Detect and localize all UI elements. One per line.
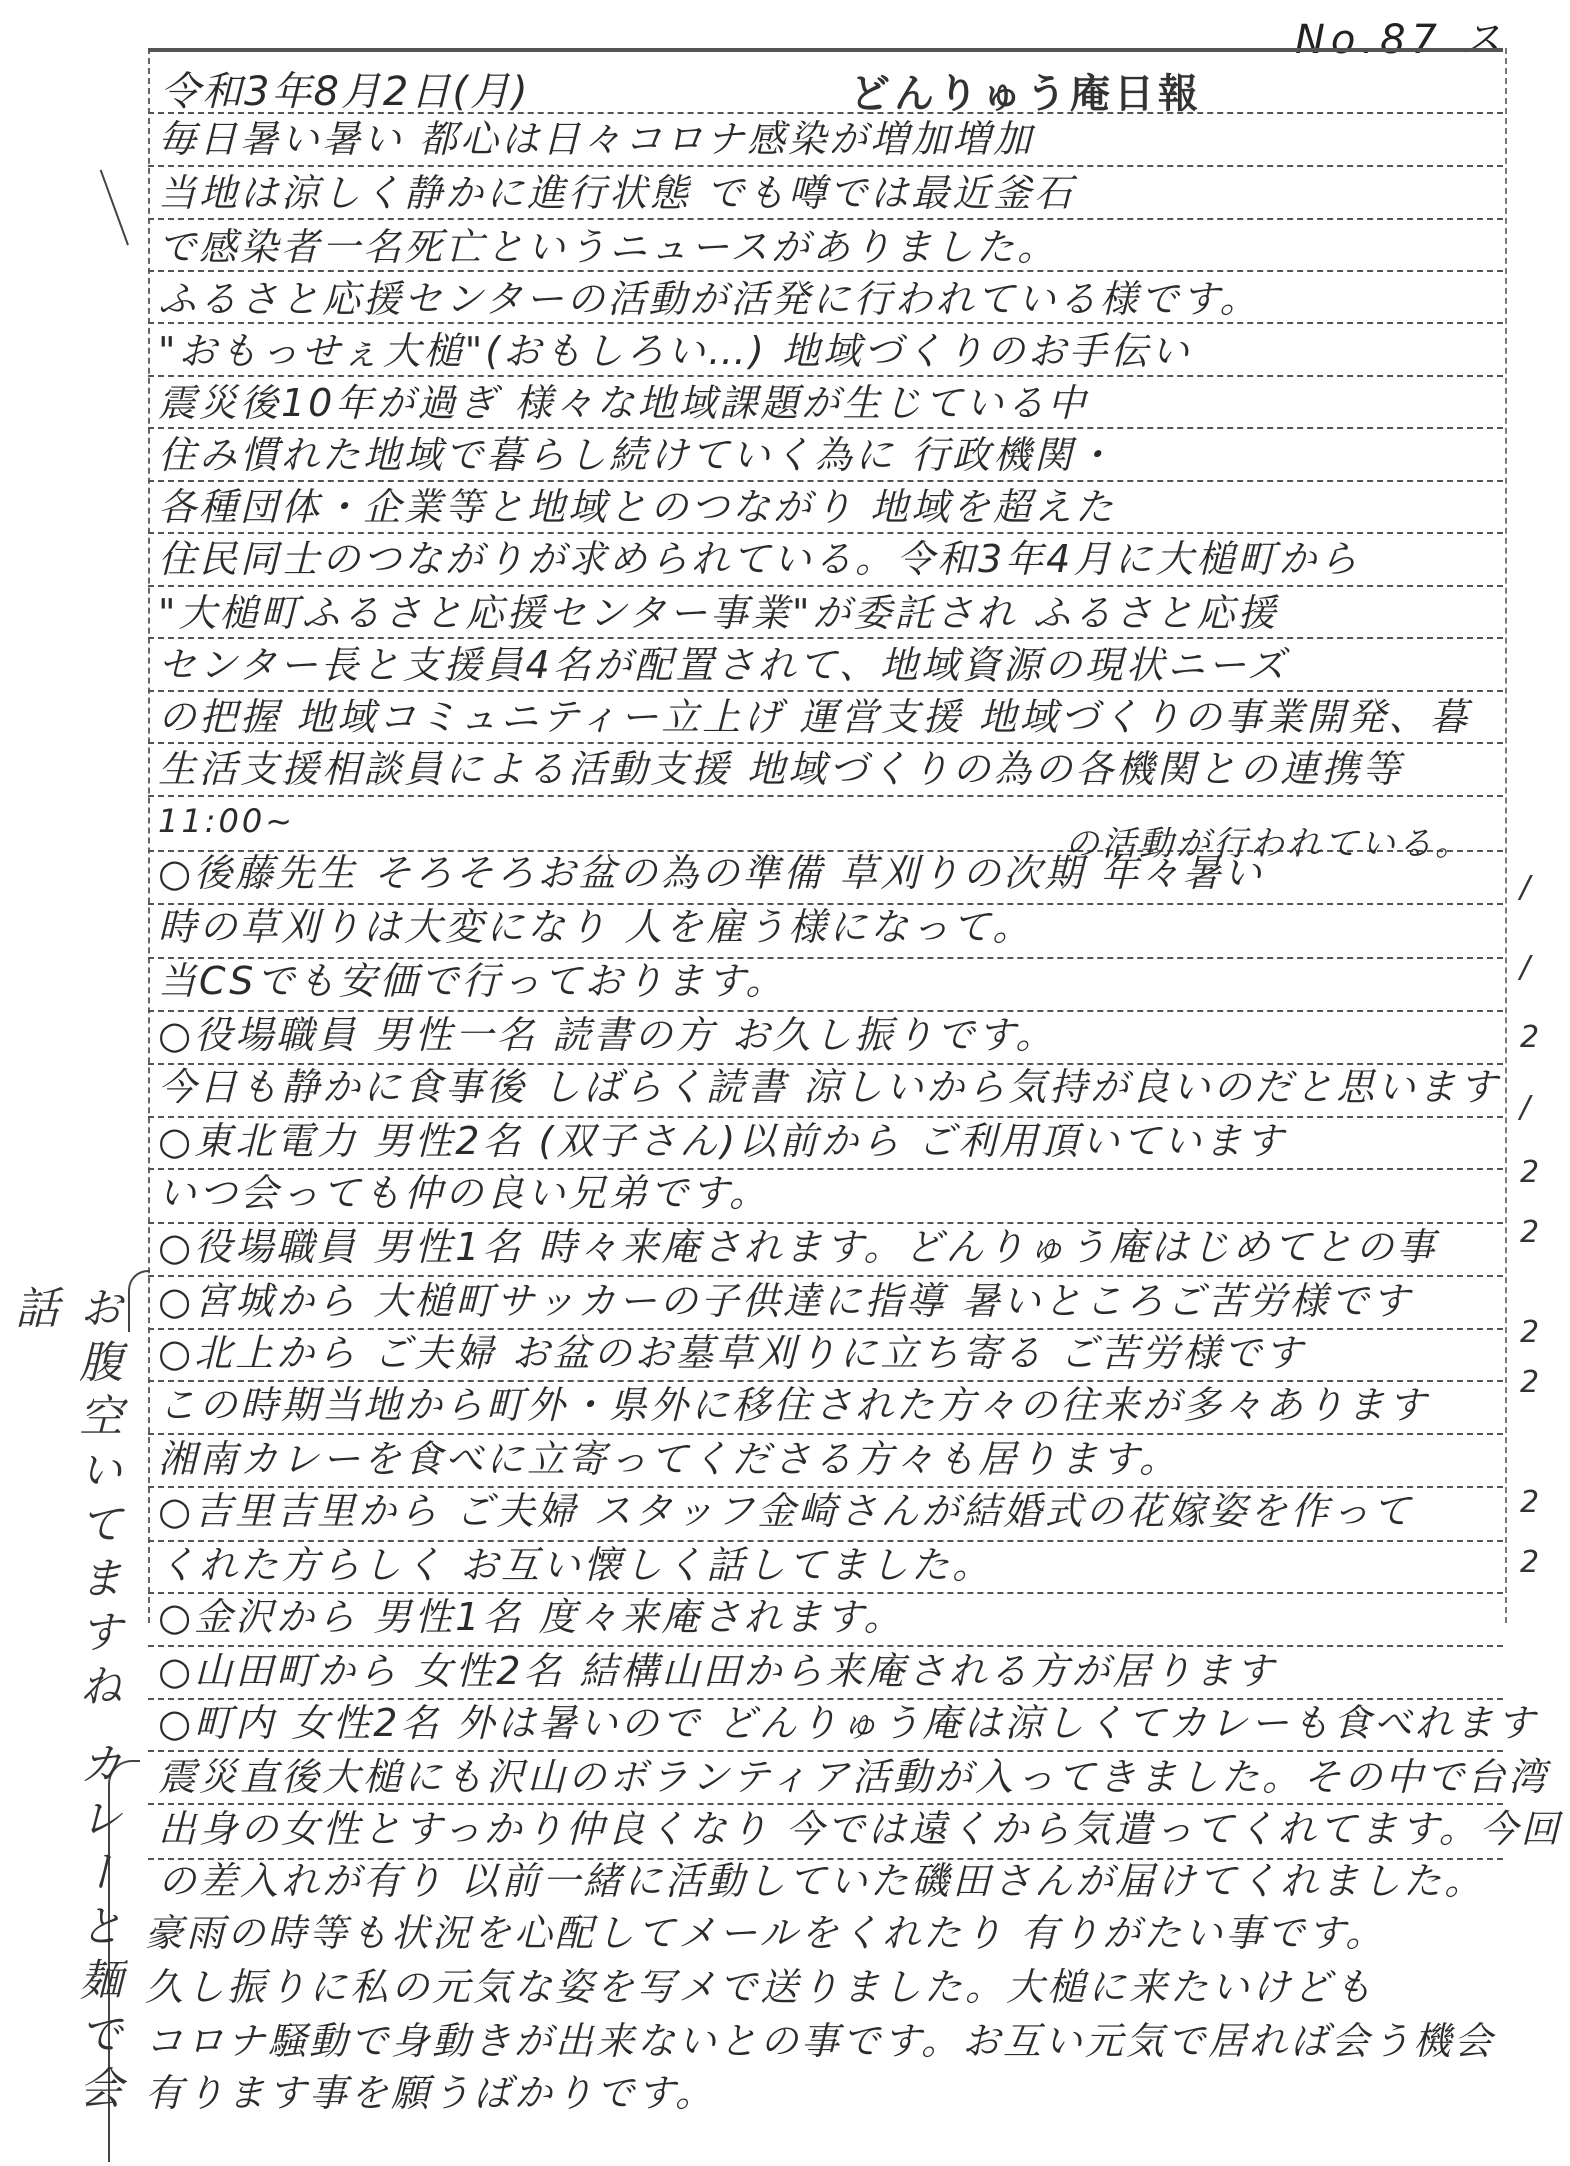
diary-line: センター長と支援員4名が配置されて、地域資源の現状ニーズ <box>158 644 1288 686</box>
diary-line: 当CSでも安価で行っております。 <box>158 960 786 1002</box>
margin-note: お腹空いてますね カレーと麺で会話 <box>68 1285 128 2166</box>
diary-line: で感染者一名死亡というニュースがありました。 <box>158 226 1058 268</box>
margin-bracket-top <box>128 1270 150 1332</box>
rule-line <box>148 585 1503 587</box>
tally-mark: / <box>1520 870 1530 905</box>
rule-line <box>148 1803 1503 1805</box>
diary-line: ○役場職員 男性一名 読書の方 お久し振りです。 <box>158 1014 1056 1056</box>
diary-line: この時期当地から町外・県外に移住された方々の往来が多々あります <box>158 1384 1429 1426</box>
tally-mark: / <box>1520 1090 1530 1125</box>
tally-mark: / <box>1520 950 1530 985</box>
diary-line: ○東北電力 男性2名 (双子さん)以前から ご利用頂いています <box>158 1120 1286 1162</box>
rule-line <box>148 480 1503 482</box>
rule-line <box>148 1645 1503 1647</box>
diary-line: 久し振りに私の元気な姿を写メで送りました。大槌に来たいけども <box>145 1966 1375 2008</box>
sheet-top-border <box>148 48 1503 52</box>
diary-line: ふるさと応援センターの活動が活発に行われている様です。 <box>158 278 1260 320</box>
diary-line: コロナ騒動で身動きが出来ないとの事です。お互い元気で居れば会う機会 <box>145 2020 1495 2062</box>
tally-mark: 2 <box>1520 1485 1539 1520</box>
tally-mark: 2 <box>1520 1020 1539 1055</box>
rule-line <box>148 165 1503 167</box>
rule-line <box>148 1433 1503 1435</box>
diary-line: 今日も静かに食事後 しばらく読書 涼しいから気持が良いのだと思います <box>158 1066 1500 1108</box>
diary-line: ○金沢から 男性1名 度々来庵されます。 <box>158 1596 904 1638</box>
rule-line <box>148 690 1503 692</box>
rule-line <box>148 218 1503 220</box>
tally-mark: 2 <box>1520 1155 1539 1190</box>
rule-line <box>148 427 1503 429</box>
diary-line: "大槌町ふるさと応援センター事業"が委託され ふるさと応援 <box>158 592 1279 634</box>
rule-line <box>148 532 1503 534</box>
diary-line: 震災直後大槌にも沢山のボランティア活動が入ってきました。その中で台湾 <box>158 1756 1549 1798</box>
diary-line: "おもっせぇ大槌"(おもしろい…) 地域づくりのお手伝い <box>158 330 1192 372</box>
diary-line: 有ります事を願うばかりです。 <box>145 2072 716 2114</box>
continued-line: の活動が行われている。 <box>1065 823 1472 865</box>
tally-mark: 2 <box>1520 1545 1539 1580</box>
rule-line <box>148 637 1503 639</box>
rule-line <box>148 1168 1503 1170</box>
diary-header: 令和3年8月2日(月) どんりゅう庵日報 <box>160 56 1500 112</box>
rule-line <box>148 1750 1503 1752</box>
rule-line <box>148 1116 1503 1118</box>
rule-line <box>148 1010 1503 1012</box>
rule-line <box>148 1328 1503 1330</box>
diary-line: ○町内 女性2名 外は暑いので どんりゅう庵は涼しくてカレーも食べれます <box>158 1702 1538 1744</box>
rule-line <box>148 795 1503 797</box>
diary-line: ○宮城から 大槌町サッカーの子供達に指導 暑いところご苦労様です <box>158 1280 1413 1322</box>
rule-line <box>148 1592 1503 1594</box>
diary-line: くれた方らしく お互い懐しく話してました。 <box>158 1544 993 1586</box>
diary-line: 湘南カレーを食べに立寄ってくださる方々も居ります。 <box>158 1438 1180 1480</box>
diary-line: 豪雨の時等も状況を心配してメールをくれたり 有りがたい事です。 <box>145 1912 1386 1954</box>
diary-date: 令和3年8月2日(月) <box>160 60 530 117</box>
diary-line: 住み慣れた地域で暮らし続けていく為に 行政機関・ <box>158 434 1116 476</box>
rule-line <box>148 1540 1503 1542</box>
rule-line <box>148 1486 1503 1488</box>
diary-line: 時の草刈りは大変になり 人を雇う様になって。 <box>158 906 1033 948</box>
diary-line: の把握 地域コミュニティー立上げ 運営支援 地域づくりの事業開発、暮 <box>158 696 1470 738</box>
diary-line: ○役場職員 男性1名 時々来庵されます。どんりゅう庵はじめてとの事 <box>158 1226 1437 1268</box>
diary-title: どんりゅう庵日報 <box>850 62 1202 119</box>
diary-line: の差入れが有り 以前一緒に活動していた磯田さんが届けてくれました。 <box>158 1860 1485 1902</box>
rule-line <box>148 270 1503 272</box>
rule-line <box>148 112 1503 114</box>
tally-mark: 2 <box>1520 1315 1539 1350</box>
tally-mark: 2 <box>1520 1215 1539 1250</box>
rule-line <box>148 1380 1503 1382</box>
diary-line: 住民同士のつながりが求められている。令和3年4月に大槌町から <box>158 538 1360 580</box>
rule-line <box>148 1222 1503 1224</box>
rule-line <box>148 375 1503 377</box>
diary-line: ○北上から ご夫婦 お盆のお墓草刈りに立ち寄る ご苦労様です <box>158 1332 1305 1374</box>
diary-line: ○山田町から 女性2名 結構山田から来庵される方が居ります <box>158 1650 1277 1692</box>
rule-line <box>148 742 1503 744</box>
diary-line: 各種団体・企業等と地域とのつながり 地域を超えた <box>158 486 1116 528</box>
diary-line: 当地は涼しく静かに進行状態 でも噂では最近釜石 <box>158 172 1075 214</box>
diary-line: ○吉里吉里から ご夫婦 スタッフ金崎さんが結婚式の花嫁姿を作って <box>158 1490 1413 1532</box>
rule-line <box>148 1698 1503 1700</box>
diary-line: 11:00~ <box>158 800 295 842</box>
rule-line <box>148 1275 1503 1277</box>
tally-mark: 2 <box>1520 1365 1539 1400</box>
diary-line: 震災後10年が過ぎ 様々な地域課題が生じている中 <box>158 382 1088 424</box>
diary-line: 出身の女性とすっかり仲良くなり 今では遠くから気遣ってくれてます。今回もマンゴー <box>158 1808 1570 1850</box>
rule-line <box>148 322 1503 324</box>
diary-line: いつ会っても仲の良い兄弟です。 <box>158 1172 770 1214</box>
diary-line: 生活支援相談員による活動支援 地域づくりの為の各機関との連携等 <box>158 748 1403 790</box>
diary-line: 毎日暑い暑い 都心は日々コロナ感染が増加増加 <box>158 118 1034 160</box>
